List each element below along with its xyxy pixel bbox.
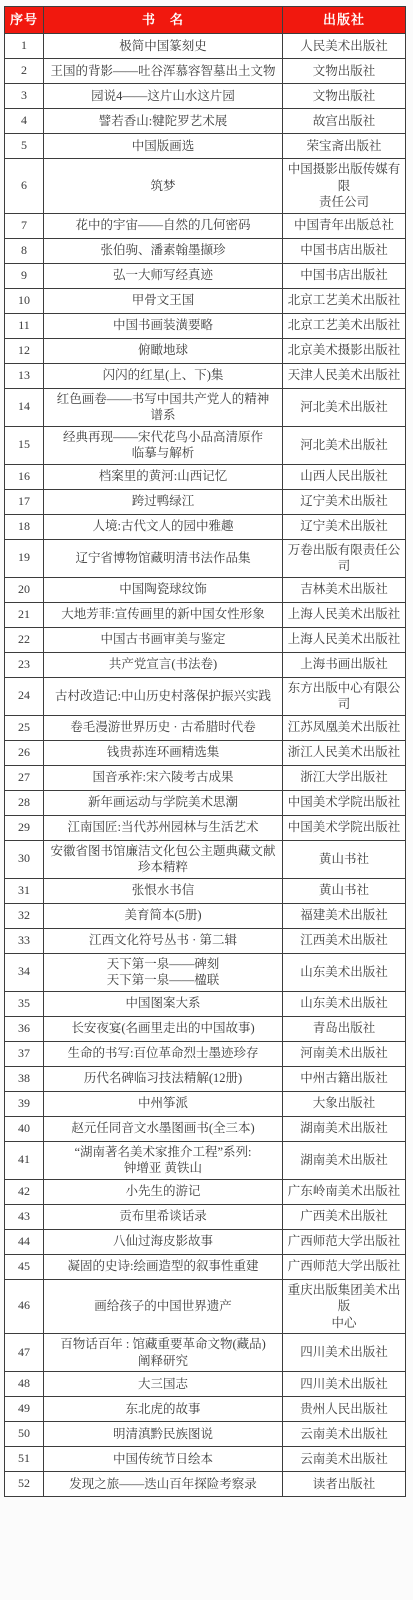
- row-number: 34: [5, 953, 44, 991]
- publisher: 湖南美术出版社: [283, 1116, 406, 1141]
- row-number: 44: [5, 1229, 44, 1254]
- table-row: 9 弘一大师写经真迹 中国书店出版社: [5, 263, 406, 288]
- table-row: 32 美育简本(5册) 福建美术出版社: [5, 903, 406, 928]
- table-row: 52 发现之旅——迭山百年探险考察录 读者出版社: [5, 1472, 406, 1497]
- book-title: 王国的背影——吐谷浑慕容智墓出土文物: [44, 59, 283, 84]
- table-row: 1 极简中国篆刻史 人民美术出版社: [5, 34, 406, 59]
- publisher: 上海人民美术出版社: [283, 602, 406, 627]
- book-title: 凝固的史诗:绘画造型的叙事性重建: [44, 1254, 283, 1279]
- book-title: 人境:古代文人的园中雅趣: [44, 514, 283, 539]
- table-row: 27 国音承祚:宋六陵考古成果 浙江大学出版社: [5, 765, 406, 790]
- row-number: 38: [5, 1066, 44, 1091]
- publisher: 广西美术出版社: [283, 1204, 406, 1229]
- publisher: 故宫出版社: [283, 109, 406, 134]
- publisher: 山西人民出版社: [283, 464, 406, 489]
- book-list-table: 序号 书 名 出版社 1 极简中国篆刻史 人民美术出版社 2 王国的背影——吐谷…: [4, 6, 406, 1497]
- publisher: 大象出版社: [283, 1091, 406, 1116]
- book-title: 美育简本(5册): [44, 903, 283, 928]
- publisher: 北京工艺美术出版社: [283, 313, 406, 338]
- table-row: 34 天下第一泉——碑刻 天下第一泉——楹联 山东美术出版社: [5, 953, 406, 991]
- publisher: 四川美术出版社: [283, 1334, 406, 1372]
- row-number: 26: [5, 740, 44, 765]
- row-number: 49: [5, 1397, 44, 1422]
- table-row: 42 小先生的游记 广东岭南美术出版社: [5, 1179, 406, 1204]
- row-number: 21: [5, 602, 44, 627]
- row-number: 10: [5, 288, 44, 313]
- book-title: 闪闪的红星(上、下)集: [44, 363, 283, 388]
- table-row: 8 张伯驹、潘素翰墨撷珍 中国书店出版社: [5, 238, 406, 263]
- book-title: 譬若香山:犍陀罗艺术展: [44, 109, 283, 134]
- table-row: 17 跨过鸭绿江 辽宁美术出版社: [5, 489, 406, 514]
- table-row: 13 闪闪的红星(上、下)集 天津人民美术出版社: [5, 363, 406, 388]
- table-row: 37 生命的书写:百位革命烈士墨迹珍存 河南美术出版社: [5, 1041, 406, 1066]
- book-title: 江南国匠:当代苏州园林与生活艺术: [44, 815, 283, 840]
- publisher: 山东美术出版社: [283, 953, 406, 991]
- table-header: 序号 书 名 出版社: [5, 7, 406, 34]
- row-number: 17: [5, 489, 44, 514]
- table-row: 50 明清滇黔民族图说 云南美术出版社: [5, 1422, 406, 1447]
- book-title: 生命的书写:百位革命烈士墨迹珍存: [44, 1041, 283, 1066]
- book-title: 中国书画装潢要略: [44, 313, 283, 338]
- book-title: 小先生的游记: [44, 1179, 283, 1204]
- row-number: 11: [5, 313, 44, 338]
- publisher: 河北美术出版社: [283, 426, 406, 464]
- table-row: 11 中国书画装潢要略 北京工艺美术出版社: [5, 313, 406, 338]
- book-title: 辽宁省博物馆藏明清书法作品集: [44, 539, 283, 577]
- row-number: 6: [5, 159, 44, 214]
- row-number: 20: [5, 577, 44, 602]
- publisher: 读者出版社: [283, 1472, 406, 1497]
- table-row: 38 历代名碑临习技法精解(12册) 中州古籍出版社: [5, 1066, 406, 1091]
- table-row: 30 安徽省图书馆廉洁文化包公主题典藏文献 珍本精粹 黄山书社: [5, 840, 406, 878]
- publisher: 万卷出版有限责任公司: [283, 539, 406, 577]
- book-title: 筑梦: [44, 159, 283, 214]
- publisher: 中国摄影出版传媒有限 责任公司: [283, 159, 406, 214]
- publisher: 中州古籍出版社: [283, 1066, 406, 1091]
- publisher: 人民美术出版社: [283, 34, 406, 59]
- table-row: 18 人境:古代文人的园中雅趣 辽宁美术出版社: [5, 514, 406, 539]
- book-title: 中国古书画审美与鉴定: [44, 627, 283, 652]
- publisher: 浙江大学出版社: [283, 765, 406, 790]
- book-title: 安徽省图书馆廉洁文化包公主题典藏文献 珍本精粹: [44, 840, 283, 878]
- row-number: 45: [5, 1254, 44, 1279]
- row-number: 4: [5, 109, 44, 134]
- table-row: 5 中国版画选 荣宝斋出版社: [5, 134, 406, 159]
- row-number: 24: [5, 677, 44, 715]
- publisher: 黄山书社: [283, 840, 406, 878]
- row-number: 18: [5, 514, 44, 539]
- publisher: 浙江人民美术出版社: [283, 740, 406, 765]
- book-title: 古村改造记:中山历史村落保护振兴实践: [44, 677, 283, 715]
- table-row: 26 钱贵荪连环画精选集 浙江人民美术出版社: [5, 740, 406, 765]
- book-title: 国音承祚:宋六陵考古成果: [44, 765, 283, 790]
- book-title: 张伯驹、潘素翰墨撷珍: [44, 238, 283, 263]
- publisher: 中国书店出版社: [283, 238, 406, 263]
- table-row: 24 古村改造记:中山历史村落保护振兴实践 东方出版中心有限公司: [5, 677, 406, 715]
- publisher: 云南美术出版社: [283, 1447, 406, 1472]
- publisher: 重庆出版集团美术出版 中心: [283, 1279, 406, 1334]
- publisher: 贵州人民出版社: [283, 1397, 406, 1422]
- book-title: 甲骨文王国: [44, 288, 283, 313]
- publisher: 上海书画出版社: [283, 652, 406, 677]
- row-number: 13: [5, 363, 44, 388]
- book-title: 跨过鸭绿江: [44, 489, 283, 514]
- publisher: 青岛出版社: [283, 1016, 406, 1041]
- book-title: 长安夜宴(名画里走出的中国故事): [44, 1016, 283, 1041]
- publisher: 湖南美术出版社: [283, 1141, 406, 1179]
- publisher: 江西美术出版社: [283, 928, 406, 953]
- publisher: 中国青年出版总社: [283, 213, 406, 238]
- book-title: 发现之旅——迭山百年探险考察录: [44, 1472, 283, 1497]
- row-number: 28: [5, 790, 44, 815]
- row-number: 43: [5, 1204, 44, 1229]
- book-title: 大三国志: [44, 1372, 283, 1397]
- table-row: 6 筑梦 中国摄影出版传媒有限 责任公司: [5, 159, 406, 214]
- table-row: 19 辽宁省博物馆藏明清书法作品集 万卷出版有限责任公司: [5, 539, 406, 577]
- book-title: 红色画卷——书写中国共产党人的精神 谱系: [44, 388, 283, 426]
- row-number: 33: [5, 928, 44, 953]
- book-title: 东北虎的故事: [44, 1397, 283, 1422]
- book-title: 明清滇黔民族图说: [44, 1422, 283, 1447]
- table-row: 28 新年画运动与学院美术思潮 中国美术学院出版社: [5, 790, 406, 815]
- column-header-title: 书 名: [44, 7, 283, 34]
- row-number: 36: [5, 1016, 44, 1041]
- row-number: 3: [5, 84, 44, 109]
- book-title: “湖南著名美术家推介工程”系列: 钟增亚 黄铁山: [44, 1141, 283, 1179]
- book-title: 张恨水书信: [44, 878, 283, 903]
- table-body: 1 极简中国篆刻史 人民美术出版社 2 王国的背影——吐谷浑慕容智墓出土文物 文…: [5, 34, 406, 1497]
- publisher: 广东岭南美术出版社: [283, 1179, 406, 1204]
- table-row: 40 赵元任同音文水墨图画书(全三本) 湖南美术出版社: [5, 1116, 406, 1141]
- book-title: 档案里的黄河:山西记忆: [44, 464, 283, 489]
- publisher: 福建美术出版社: [283, 903, 406, 928]
- row-number: 15: [5, 426, 44, 464]
- row-number: 29: [5, 815, 44, 840]
- row-number: 27: [5, 765, 44, 790]
- book-title: 卷毛漫游世界历史 · 古希腊时代卷: [44, 715, 283, 740]
- table-row: 2 王国的背影——吐谷浑慕容智墓出土文物 文物出版社: [5, 59, 406, 84]
- publisher: 天津人民美术出版社: [283, 363, 406, 388]
- table-row: 3 园说4——这片山水这片园 文物出版社: [5, 84, 406, 109]
- book-title: 画给孩子的中国世界遗产: [44, 1279, 283, 1334]
- table-row: 23 共产党宣言(书法卷) 上海书画出版社: [5, 652, 406, 677]
- book-title: 新年画运动与学院美术思潮: [44, 790, 283, 815]
- table-row: 41 “湖南著名美术家推介工程”系列: 钟增亚 黄铁山 湖南美术出版社: [5, 1141, 406, 1179]
- book-title: 贡布里希谈话录: [44, 1204, 283, 1229]
- publisher: 四川美术出版社: [283, 1372, 406, 1397]
- table-row: 20 中国陶瓷球纹饰 吉林美术出版社: [5, 577, 406, 602]
- row-number: 35: [5, 991, 44, 1016]
- row-number: 12: [5, 338, 44, 363]
- table-row: 22 中国古书画审美与鉴定 上海人民美术出版社: [5, 627, 406, 652]
- table-row: 25 卷毛漫游世界历史 · 古希腊时代卷 江苏凤凰美术出版社: [5, 715, 406, 740]
- table-row: 29 江南国匠:当代苏州园林与生活艺术 中国美术学院出版社: [5, 815, 406, 840]
- table-row: 39 中州筝派 大象出版社: [5, 1091, 406, 1116]
- row-number: 51: [5, 1447, 44, 1472]
- row-number: 31: [5, 878, 44, 903]
- book-title: 弘一大师写经真迹: [44, 263, 283, 288]
- publisher: 中国书店出版社: [283, 263, 406, 288]
- row-number: 7: [5, 213, 44, 238]
- book-title: 历代名碑临习技法精解(12册): [44, 1066, 283, 1091]
- row-number: 47: [5, 1334, 44, 1372]
- table-row: 16 档案里的黄河:山西记忆 山西人民出版社: [5, 464, 406, 489]
- row-number: 42: [5, 1179, 44, 1204]
- publisher: 吉林美术出版社: [283, 577, 406, 602]
- table-row: 31 张恨水书信 黄山书社: [5, 878, 406, 903]
- publisher: 广西师范大学出版社: [283, 1229, 406, 1254]
- book-title: 园说4——这片山水这片园: [44, 84, 283, 109]
- row-number: 32: [5, 903, 44, 928]
- book-title: 江西文化符号丛书 · 第二辑: [44, 928, 283, 953]
- book-title: 花中的宇宙——自然的几何密码: [44, 213, 283, 238]
- table-row: 33 江西文化符号丛书 · 第二辑 江西美术出版社: [5, 928, 406, 953]
- row-number: 22: [5, 627, 44, 652]
- book-title: 中国版画选: [44, 134, 283, 159]
- book-title: 赵元任同音文水墨图画书(全三本): [44, 1116, 283, 1141]
- row-number: 41: [5, 1141, 44, 1179]
- publisher: 文物出版社: [283, 84, 406, 109]
- table-row: 48 大三国志 四川美术出版社: [5, 1372, 406, 1397]
- book-title: 共产党宣言(书法卷): [44, 652, 283, 677]
- book-title: 八仙过海皮影故事: [44, 1229, 283, 1254]
- publisher: 云南美术出版社: [283, 1422, 406, 1447]
- table-row: 36 长安夜宴(名画里走出的中国故事) 青岛出版社: [5, 1016, 406, 1041]
- book-title: 中州筝派: [44, 1091, 283, 1116]
- publisher: 上海人民美术出版社: [283, 627, 406, 652]
- table-row: 46 画给孩子的中国世界遗产 重庆出版集团美术出版 中心: [5, 1279, 406, 1334]
- row-number: 46: [5, 1279, 44, 1334]
- row-number: 50: [5, 1422, 44, 1447]
- table-row: 35 中国图案大系 山东美术出版社: [5, 991, 406, 1016]
- publisher: 广西师范大学出版社: [283, 1254, 406, 1279]
- table-row: 43 贡布里希谈话录 广西美术出版社: [5, 1204, 406, 1229]
- row-number: 19: [5, 539, 44, 577]
- row-number: 1: [5, 34, 44, 59]
- table-row: 21 大地芳菲:宣传画里的新中国女性形象 上海人民美术出版社: [5, 602, 406, 627]
- book-title: 极简中国篆刻史: [44, 34, 283, 59]
- row-number: 8: [5, 238, 44, 263]
- row-number: 16: [5, 464, 44, 489]
- table-row: 44 八仙过海皮影故事 广西师范大学出版社: [5, 1229, 406, 1254]
- book-title: 钱贵荪连环画精选集: [44, 740, 283, 765]
- table-row: 4 譬若香山:犍陀罗艺术展 故宫出版社: [5, 109, 406, 134]
- book-title: 中国陶瓷球纹饰: [44, 577, 283, 602]
- column-header-number: 序号: [5, 7, 44, 34]
- table-row: 15 经典再现——宋代花鸟小品高清原作 临摹与解析 河北美术出版社: [5, 426, 406, 464]
- publisher: 江苏凤凰美术出版社: [283, 715, 406, 740]
- book-title: 经典再现——宋代花鸟小品高清原作 临摹与解析: [44, 426, 283, 464]
- table-row: 47 百物话百年 : 馆藏重要革命文物(藏品) 阐释研究 四川美术出版社: [5, 1334, 406, 1372]
- table-row: 49 东北虎的故事 贵州人民出版社: [5, 1397, 406, 1422]
- book-title: 天下第一泉——碑刻 天下第一泉——楹联: [44, 953, 283, 991]
- row-number: 14: [5, 388, 44, 426]
- row-number: 5: [5, 134, 44, 159]
- header-row: 序号 书 名 出版社: [5, 7, 406, 34]
- row-number: 48: [5, 1372, 44, 1397]
- row-number: 39: [5, 1091, 44, 1116]
- row-number: 30: [5, 840, 44, 878]
- page: 序号 书 名 出版社 1 极简中国篆刻史 人民美术出版社 2 王国的背影——吐谷…: [0, 0, 413, 1600]
- row-number: 40: [5, 1116, 44, 1141]
- publisher: 黄山书社: [283, 878, 406, 903]
- book-title: 中国图案大系: [44, 991, 283, 1016]
- publisher: 北京美术摄影出版社: [283, 338, 406, 363]
- publisher: 山东美术出版社: [283, 991, 406, 1016]
- row-number: 9: [5, 263, 44, 288]
- publisher: 中国美术学院出版社: [283, 790, 406, 815]
- row-number: 23: [5, 652, 44, 677]
- row-number: 37: [5, 1041, 44, 1066]
- table-row: 45 凝固的史诗:绘画造型的叙事性重建 广西师范大学出版社: [5, 1254, 406, 1279]
- book-title: 中国传统节日绘本: [44, 1447, 283, 1472]
- publisher: 东方出版中心有限公司: [283, 677, 406, 715]
- table-row: 51 中国传统节日绘本 云南美术出版社: [5, 1447, 406, 1472]
- book-title: 俯瞰地球: [44, 338, 283, 363]
- row-number: 2: [5, 59, 44, 84]
- table-row: 14 红色画卷——书写中国共产党人的精神 谱系 河北美术出版社: [5, 388, 406, 426]
- row-number: 25: [5, 715, 44, 740]
- table-row: 10 甲骨文王国 北京工艺美术出版社: [5, 288, 406, 313]
- publisher: 文物出版社: [283, 59, 406, 84]
- publisher: 北京工艺美术出版社: [283, 288, 406, 313]
- publisher: 辽宁美术出版社: [283, 514, 406, 539]
- publisher: 荣宝斋出版社: [283, 134, 406, 159]
- publisher: 河南美术出版社: [283, 1041, 406, 1066]
- publisher: 辽宁美术出版社: [283, 489, 406, 514]
- publisher: 河北美术出版社: [283, 388, 406, 426]
- table-row: 12 俯瞰地球 北京美术摄影出版社: [5, 338, 406, 363]
- table-row: 7 花中的宇宙——自然的几何密码 中国青年出版总社: [5, 213, 406, 238]
- publisher: 中国美术学院出版社: [283, 815, 406, 840]
- column-header-publisher: 出版社: [283, 7, 406, 34]
- book-title: 百物话百年 : 馆藏重要革命文物(藏品) 阐释研究: [44, 1334, 283, 1372]
- book-title: 大地芳菲:宣传画里的新中国女性形象: [44, 602, 283, 627]
- row-number: 52: [5, 1472, 44, 1497]
